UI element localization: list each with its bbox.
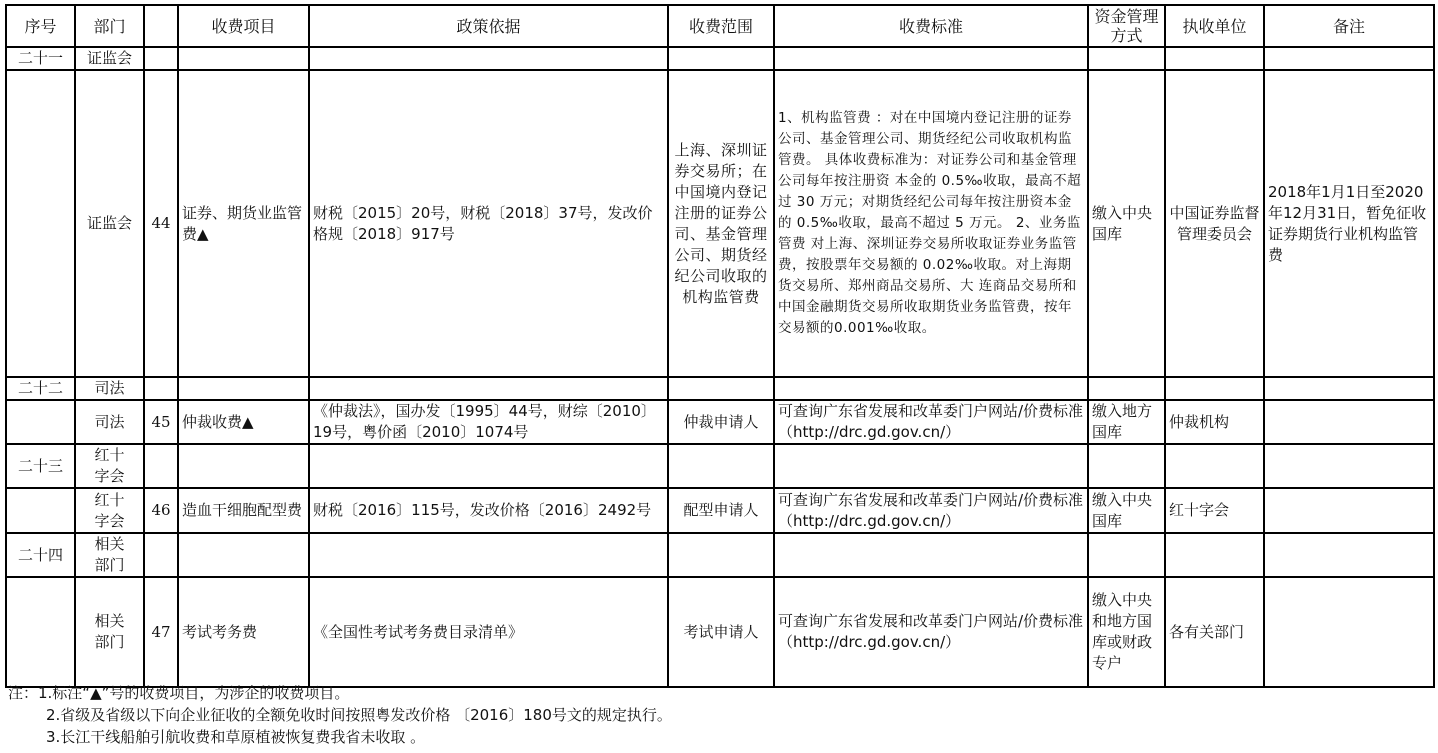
header-remark: 备注 [1264, 5, 1434, 47]
row-collector: 中国证券监督管理委员会 [1165, 70, 1264, 377]
header-row: 序号 部门 收费项目 政策依据 收费范围 收费标准 资金管理方式 执收单位 备注 [6, 5, 1434, 47]
header-dept: 部门 [75, 5, 144, 47]
group-dept: 司法 [75, 377, 144, 400]
row-no: 46 [144, 488, 178, 533]
row-no: 45 [144, 400, 178, 444]
table-row: 相关部门 47 考试考务费 《全国性考试考务费目录清单》 考试申请人 可查询广东… [6, 577, 1434, 687]
row-standard: 可查询广东省发展和改革委门户网站/价费标准（http://drc.gd.gov.… [774, 400, 1088, 444]
header-no [144, 5, 178, 47]
row-no: 47 [144, 577, 178, 687]
group-row: 二十一 证监会 [6, 47, 1434, 70]
fee-table: 序号 部门 收费项目 政策依据 收费范围 收费标准 资金管理方式 执收单位 备注… [5, 4, 1435, 688]
row-scope: 考试申请人 [668, 577, 774, 687]
note-1: 注：1.标注“▲”号的收费项目，为涉企的收费项目。 [8, 682, 672, 704]
group-dept: 相关部门 [75, 533, 144, 577]
row-item: 造血干细胞配型费 [178, 488, 309, 533]
row-item: 仲裁收费▲ [178, 400, 309, 444]
row-remark [1264, 400, 1434, 444]
group-seq: 二十四 [6, 533, 75, 577]
header-item: 收费项目 [178, 5, 309, 47]
table-row: 红十字会 46 造血干细胞配型费 财税〔2016〕115号，发改价格〔2016〕… [6, 488, 1434, 533]
group-row: 二十四 相关部门 [6, 533, 1434, 577]
group-seq: 二十二 [6, 377, 75, 400]
header-collector: 执收单位 [1165, 5, 1264, 47]
row-fund: 缴入中央国库 [1088, 70, 1165, 377]
row-scope: 配型申请人 [668, 488, 774, 533]
row-policy: 《仲裁法》，国办发〔1995〕44号，财综〔2010〕19号，粤价函〔2010〕… [309, 400, 668, 444]
row-remark [1264, 488, 1434, 533]
table-row: 司法 45 仲裁收费▲ 《仲裁法》，国办发〔1995〕44号，财综〔2010〕1… [6, 400, 1434, 444]
row-collector: 各有关部门 [1165, 577, 1264, 687]
footnotes: 注：1.标注“▲”号的收费项目，为涉企的收费项目。 2.省级及省级以下向企业征收… [8, 682, 672, 748]
group-seq: 二十三 [6, 444, 75, 488]
row-standard: 可查询广东省发展和改革委门户网站/价费标准（http://drc.gd.gov.… [774, 577, 1088, 687]
row-scope: 仲裁申请人 [668, 400, 774, 444]
row-fund: 缴入中央国库 [1088, 488, 1165, 533]
row-fund: 缴入中央和地方国库或财政专户 [1088, 577, 1165, 687]
row-collector: 仲裁机构 [1165, 400, 1264, 444]
row-dept: 证监会 [75, 70, 144, 377]
row-item: 证券、期货业监管费▲ [178, 70, 309, 377]
row-collector: 红十字会 [1165, 488, 1264, 533]
note-3: 3.长江干线船舶引航收费和草原植被恢复费我省未收取 。 [8, 726, 672, 748]
row-policy: 财税〔2016〕115号，发改价格〔2016〕2492号 [309, 488, 668, 533]
row-policy: 《全国性考试考务费目录清单》 [309, 577, 668, 687]
row-policy: 财税〔2015〕20号，财税〔2018〕37号，发改价格规〔2018〕917号 [309, 70, 668, 377]
header-seq: 序号 [6, 5, 75, 47]
group-dept: 证监会 [75, 47, 144, 70]
row-dept: 相关部门 [75, 577, 144, 687]
group-dept: 红十字会 [75, 444, 144, 488]
row-standard: 可查询广东省发展和改革委门户网站/价费标准（http://drc.gd.gov.… [774, 488, 1088, 533]
row-no: 44 [144, 70, 178, 377]
row-scope: 上海、深圳证券交易所；在中国境内登记注册的证券公司、基金管理公司、期货经纪公司收… [668, 70, 774, 377]
row-remark [1264, 577, 1434, 687]
row-remark: 2018年1月1日至2020年12月31日，暂免征收证券期货行业机构监管费 [1264, 70, 1434, 377]
table-row: 证监会 44 证券、期货业监管费▲ 财税〔2015〕20号，财税〔2018〕37… [6, 70, 1434, 377]
row-dept: 红十字会 [75, 488, 144, 533]
header-policy: 政策依据 [309, 5, 668, 47]
header-fund: 资金管理方式 [1088, 5, 1165, 47]
note-2: 2.省级及省级以下向企业征收的全额免收时间按照粤发改价格 〔2016〕180号文… [8, 704, 672, 726]
row-fund: 缴入地方国库 [1088, 400, 1165, 444]
group-seq: 二十一 [6, 47, 75, 70]
group-row: 二十二 司法 [6, 377, 1434, 400]
header-scope: 收费范围 [668, 5, 774, 47]
group-row: 二十三 红十字会 [6, 444, 1434, 488]
row-item: 考试考务费 [178, 577, 309, 687]
row-standard: 1、机构监管费 ：对在中国境内登记注册的证券公司、基金管理公司、期货经纪公司收取… [774, 70, 1088, 377]
row-dept: 司法 [75, 400, 144, 444]
header-standard: 收费标准 [774, 5, 1088, 47]
